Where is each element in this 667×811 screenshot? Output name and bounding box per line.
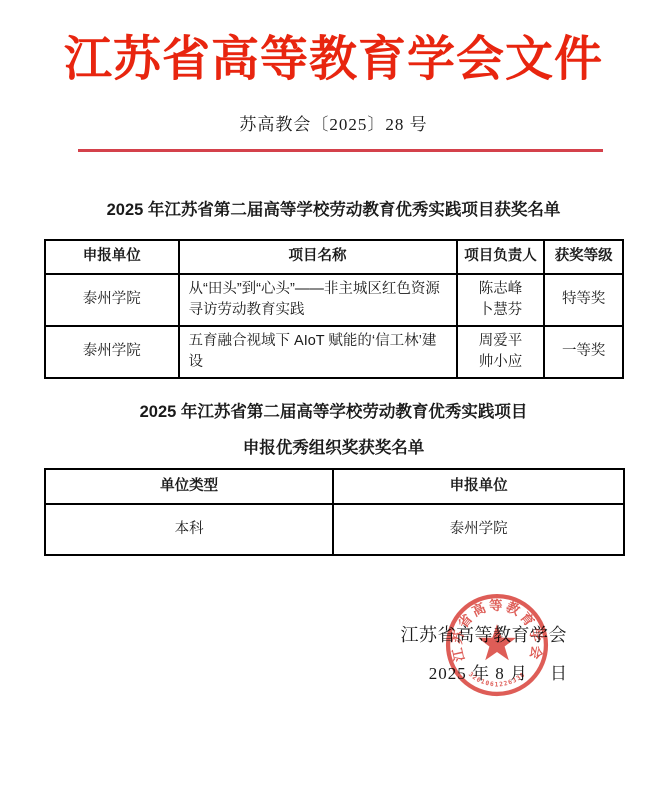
leader-name: 周爱平: [464, 331, 538, 352]
seal-number: 3201061226338: [467, 671, 527, 688]
document-title: 江苏省高等教育学会文件: [0, 30, 667, 90]
cell-award: 特等奖: [544, 274, 623, 326]
leader-name: 陈志峰: [464, 279, 538, 300]
cell-org: 泰州学院: [333, 504, 624, 555]
cell-unit-type: 本科: [45, 504, 333, 555]
section2-title-line1: 2025 年江苏省第二届高等学校劳动教育优秀实践项目: [0, 402, 667, 422]
col-header-project: 项目名称: [179, 240, 457, 274]
seal-star-icon: [478, 624, 516, 660]
table-row: 泰州学院 五育融合视域下 AIoT 赋能的‘信工林’建设 周爱平 帅小应 一等奖: [45, 326, 623, 378]
awards-table-header-row: 申报单位 项目名称 项目负责人 获奖等级: [45, 240, 623, 274]
red-divider-line: [78, 149, 603, 152]
document-page: 江苏省高等教育学会文件 苏高教会〔2025〕28 号 2025 年江苏省第二届高…: [0, 0, 667, 811]
org-awards-table: 单位类型 申报单位 本科 泰州学院: [44, 468, 625, 556]
col-header-award: 获奖等级: [544, 240, 623, 274]
col-header-org: 申报单位: [45, 240, 179, 274]
leader-name: 帅小应: [464, 352, 538, 373]
cell-project: 五育融合视域下 AIoT 赋能的‘信工林’建设: [179, 326, 457, 378]
cell-leaders: 周爱平 帅小应: [457, 326, 545, 378]
leader-name: 卜慧芬: [464, 300, 538, 321]
official-seal: 江苏省高等教育学会 3201061226338: [440, 588, 554, 702]
cell-leaders: 陈志峰 卜慧芬: [457, 274, 545, 326]
cell-org: 泰州学院: [45, 326, 179, 378]
document-number: 苏高教会〔2025〕28 号: [0, 112, 667, 138]
col-header-org: 申报单位: [333, 469, 624, 504]
table-row: 本科 泰州学院: [45, 504, 624, 555]
col-header-leader: 项目负责人: [457, 240, 545, 274]
section1-title: 2025 年江苏省第二届高等学校劳动教育优秀实践项目获奖名单: [0, 200, 667, 220]
org-awards-header-row: 单位类型 申报单位: [45, 469, 624, 504]
awards-table: 申报单位 项目名称 项目负责人 获奖等级 泰州学院 从“田头”到“心头”——非主…: [44, 239, 624, 379]
cell-project: 从“田头”到“心头”——非主城区红色资源寻访劳动教育实践: [179, 274, 457, 326]
col-header-unit-type: 单位类型: [45, 469, 333, 504]
cell-org: 泰州学院: [45, 274, 179, 326]
table-row: 泰州学院 从“田头”到“心头”——非主城区红色资源寻访劳动教育实践 陈志峰 卜慧…: [45, 274, 623, 326]
section2-title-line2: 申报优秀组织奖获奖名单: [0, 438, 667, 458]
cell-award: 一等奖: [544, 326, 623, 378]
